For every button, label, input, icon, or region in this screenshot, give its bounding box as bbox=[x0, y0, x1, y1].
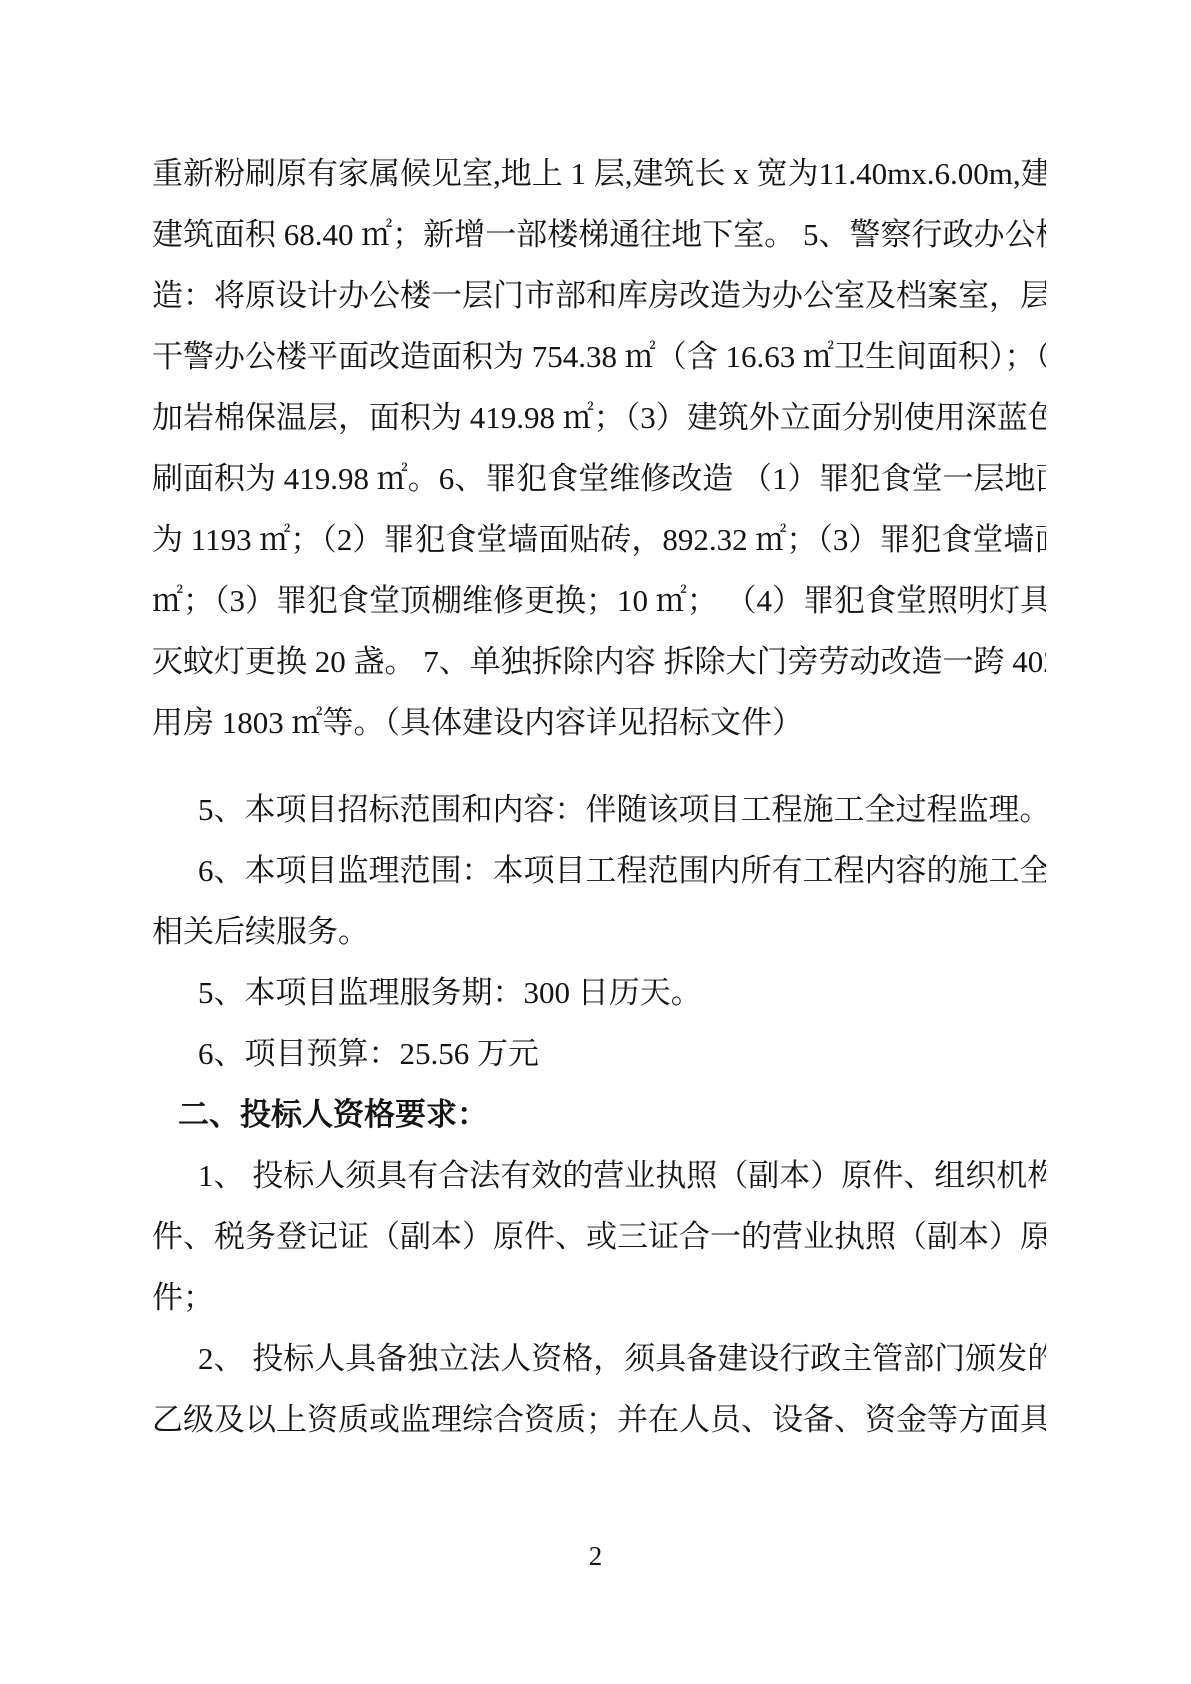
document-page: 重新粉刷原有家属候见室,地上 1 层,建筑长 x 宽为11.40mx.6.00m… bbox=[0, 0, 1191, 1684]
text-line: 2、 投标人具备独立法人资格，须具备建设行政主管部门颁发的房屋建筑工程监理 bbox=[152, 1328, 1046, 1389]
text-line: 6、项目预算：25.56 万元 bbox=[152, 1023, 1046, 1084]
page-number: 2 bbox=[0, 1540, 1191, 1572]
text-line: 6、本项目监理范围：本项目工程范围内所有工程内容的施工全过程的监理服务及 bbox=[152, 840, 1046, 901]
text-line: 件； bbox=[152, 1267, 1046, 1328]
text-line: 5、本项目招标范围和内容：伴随该项目工程施工全过程监理。 bbox=[152, 779, 1046, 840]
text-line: 加岩棉保温层，面积为 419.98 ㎡；（3）建筑外立面分别使用深蓝色、浅灰色涂… bbox=[152, 387, 1046, 448]
text-line: 重新粉刷原有家属候见室,地上 1 层,建筑长 x 宽为11.40mx.6.00m… bbox=[152, 143, 1046, 204]
text-line: 灭蚊灯更换 20 盏。 7、单独拆除内容 拆除大门旁劳动改造一跨 402 ㎡； … bbox=[152, 631, 1046, 692]
text-line: 相关后续服务。 bbox=[152, 901, 1046, 962]
text-line: 建筑面积 68.40 ㎡；新增一部楼梯通往地下室。 5、警察行政办公楼 ：平面功… bbox=[152, 204, 1046, 265]
item-6-budget: 6、项目预算：25.56 万元 bbox=[152, 1023, 1046, 1084]
item-5-tender-scope: 5、本项目招标范围和内容：伴随该项目工程施工全过程监理。 bbox=[152, 779, 1046, 840]
text-line: 干警办公楼平面改造面积为 754.38 ㎡（含 16.63 ㎡卫生间面积）；（2… bbox=[152, 326, 1046, 387]
item-5-service-period: 5、本项目监理服务期：300 日历天。 bbox=[152, 962, 1046, 1023]
text-line: 1、 投标人须具有合法有效的营业执照（副本）原件、组织机构代码证（副本）原 bbox=[152, 1145, 1046, 1206]
text-line: 造：将原设计办公楼一层门市部和库房改造为办公室及档案室，层高 4.65 米。 （… bbox=[152, 265, 1046, 326]
qualification-item-2: 2、 投标人具备独立法人资格，须具备建设行政主管部门颁发的房屋建筑工程监理乙级及… bbox=[152, 1328, 1046, 1450]
item-6-supervision-scope: 6、本项目监理范围：本项目工程范围内所有工程内容的施工全过程的监理服务及相关后续… bbox=[152, 840, 1046, 962]
construction-scope-paragraph: 重新粉刷原有家属候见室,地上 1 层,建筑长 x 宽为11.40mx.6.00m… bbox=[152, 143, 1046, 753]
text-line: 二、投标人资格要求： bbox=[152, 1084, 1046, 1145]
text-line: 5、本项目监理服务期：300 日历天。 bbox=[152, 962, 1046, 1023]
text-line: 刷面积为 419.98 ㎡。6、罪犯食堂维修改造 （1）罪犯食堂一层地面重新铺贴… bbox=[152, 448, 1046, 509]
text-line: 用房 1803 ㎡等。（具体建设内容详见招标文件） bbox=[152, 692, 1046, 753]
document-body: 重新粉刷原有家属候见室,地上 1 层,建筑长 x 宽为11.40mx.6.00m… bbox=[152, 143, 1046, 1450]
text-line: 乙级及以上资质或监理综合资质；并在人员、设备、资金等方面具有承担本项目监理 bbox=[152, 1389, 1046, 1450]
qualification-item-1: 1、 投标人须具有合法有效的营业执照（副本）原件、组织机构代码证（副本）原件、税… bbox=[152, 1145, 1046, 1328]
text-line: 件、税务登记证（副本）原件、或三证合一的营业执照（副本）原件、开户许可证原 bbox=[152, 1206, 1046, 1267]
text-line: 为 1193 ㎡；（2）罪犯食堂墙面贴砖，892.32 ㎡；（3）罪犯食堂墙面粉… bbox=[152, 509, 1046, 570]
text-line: ㎡；（3）罪犯食堂顶棚维修更换；10 ㎡； （4）罪犯食堂照明灯具维修更换 20… bbox=[152, 570, 1046, 631]
section-heading-bidder-qualification: 二、投标人资格要求： bbox=[152, 1084, 1046, 1145]
